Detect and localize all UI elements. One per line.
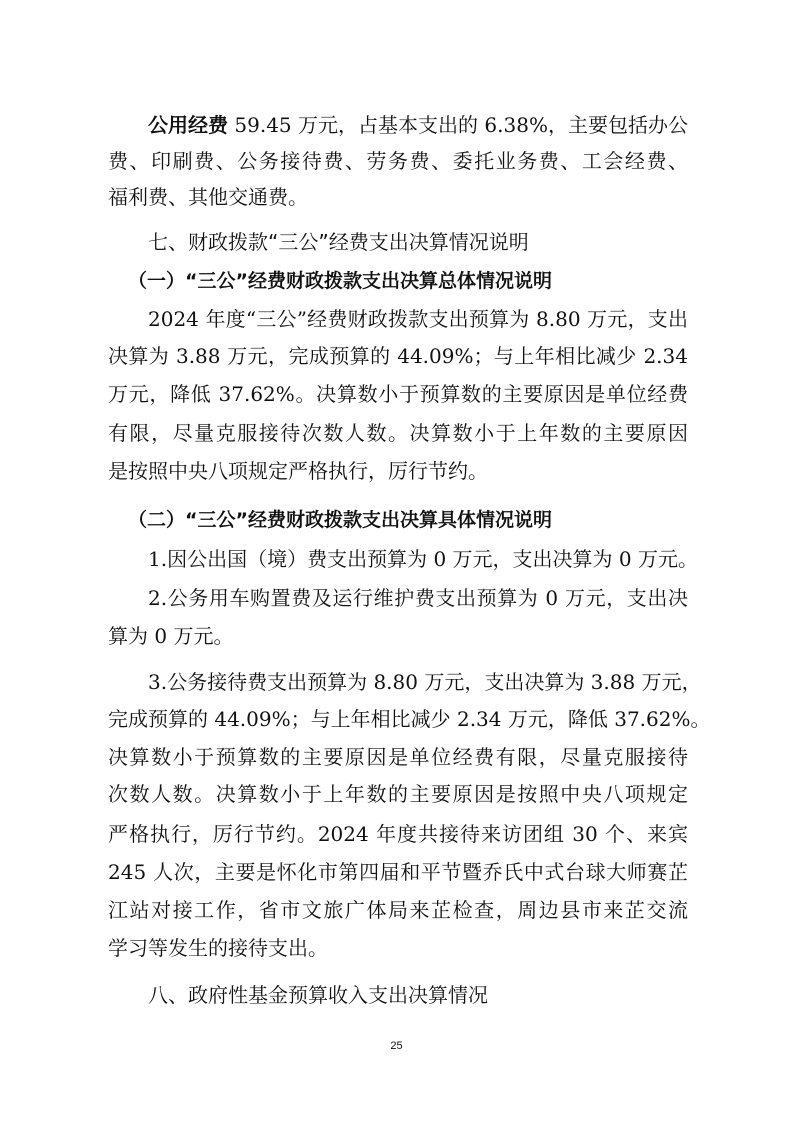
sub1-line-4: 有限，尽量克服接待次数人数。决算数小于上年数的主要原因: [108, 419, 688, 447]
section-7-sub2-heading: （二）“三公”经费财政拨款支出决算具体情况说明: [128, 506, 668, 534]
item-3-line-3: 决算数小于预算数的主要原因是单位经费有限，尽量克服接待: [108, 743, 688, 771]
page-number: 25: [0, 1040, 793, 1052]
item-2-line-1: 2.公务用车购置费及运行维护费支出预算为 0 万元，支出决: [148, 584, 688, 612]
item-3-line-6: 245 人次，主要是怀化市第四届和平节暨乔氏中式台球大师赛芷: [108, 858, 688, 886]
item-3-line-4: 次数人数。决算数小于上年数的主要原因是按照中央八项规定: [108, 780, 688, 808]
paragraph-public-funds-line-2: 费、印刷费、公务接待费、劳务费、委托业务费、工会经费、: [108, 147, 688, 175]
sub1-line-3: 万元，降低 37.62%。决算数小于预算数的主要原因是单位经费: [108, 380, 688, 408]
section-8-heading: 八、政府性基金预算收入支出决算情况: [148, 981, 688, 1009]
paragraph-public-funds-line-3: 福利费、其他交通费。: [108, 183, 688, 211]
sub1-line-1: 2024 年度“三公”经费财政拨款支出预算为 8.80 万元，支出: [148, 305, 688, 333]
item-2-line-2: 算为 0 万元。: [108, 622, 688, 650]
item-3-line-8: 学习等发生的接待支出。: [108, 934, 688, 962]
sub1-line-5: 是按照中央八项规定严格执行，厉行节约。: [108, 457, 688, 485]
section-7-sub1-heading: （一）“三公”经费财政拨款支出决算总体情况说明: [128, 267, 668, 295]
item-3-line-7: 江站对接工作，省市文旅广体局来芷检查，周边县市来芷交流: [108, 896, 688, 924]
item-3-line-5: 严格执行，厉行节约。2024 年度共接待来访团组 30 个、来宾: [108, 820, 688, 848]
document-page: 公用经费 59.45 万元，占基本支出的 6.38%，主要包括办公 费、印刷费、…: [0, 0, 793, 1122]
sub1-line-2: 决算为 3.88 万元，完成预算的 44.09%；与上年相比减少 2.34: [108, 342, 688, 370]
item-3-line-1: 3.公务接待费支出预算为 8.80 万元，支出决算为 3.88 万元，: [148, 668, 688, 696]
paragraph-public-funds-line-1: 公用经费 59.45 万元，占基本支出的 6.38%，主要包括办公: [148, 111, 688, 139]
section-7-heading: 七、财政拨款“三公”经费支出决算情况说明: [148, 228, 688, 256]
public-funds-label: 公用经费: [148, 113, 228, 137]
public-funds-text: 59.45 万元，占基本支出的 6.38%，主要包括办公: [228, 113, 688, 137]
item-1-line-1: 1.因公出国（境）费支出预算为 0 万元，支出决算为 0 万元。: [148, 545, 688, 573]
item-3-line-2: 完成预算的 44.09%；与上年相比减少 2.34 万元，降低 37.62%。: [108, 705, 688, 733]
